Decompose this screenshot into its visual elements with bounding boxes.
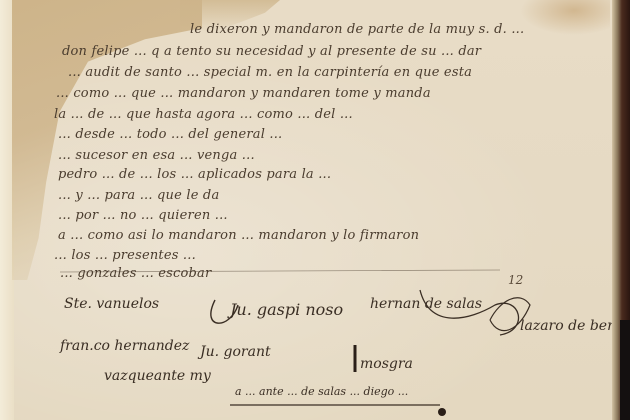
manuscript-page: le dixeron y mandaron de parte de la muy…: [0, 0, 630, 420]
binding-shadow: [620, 320, 630, 420]
signature-flourishes: [0, 0, 630, 420]
